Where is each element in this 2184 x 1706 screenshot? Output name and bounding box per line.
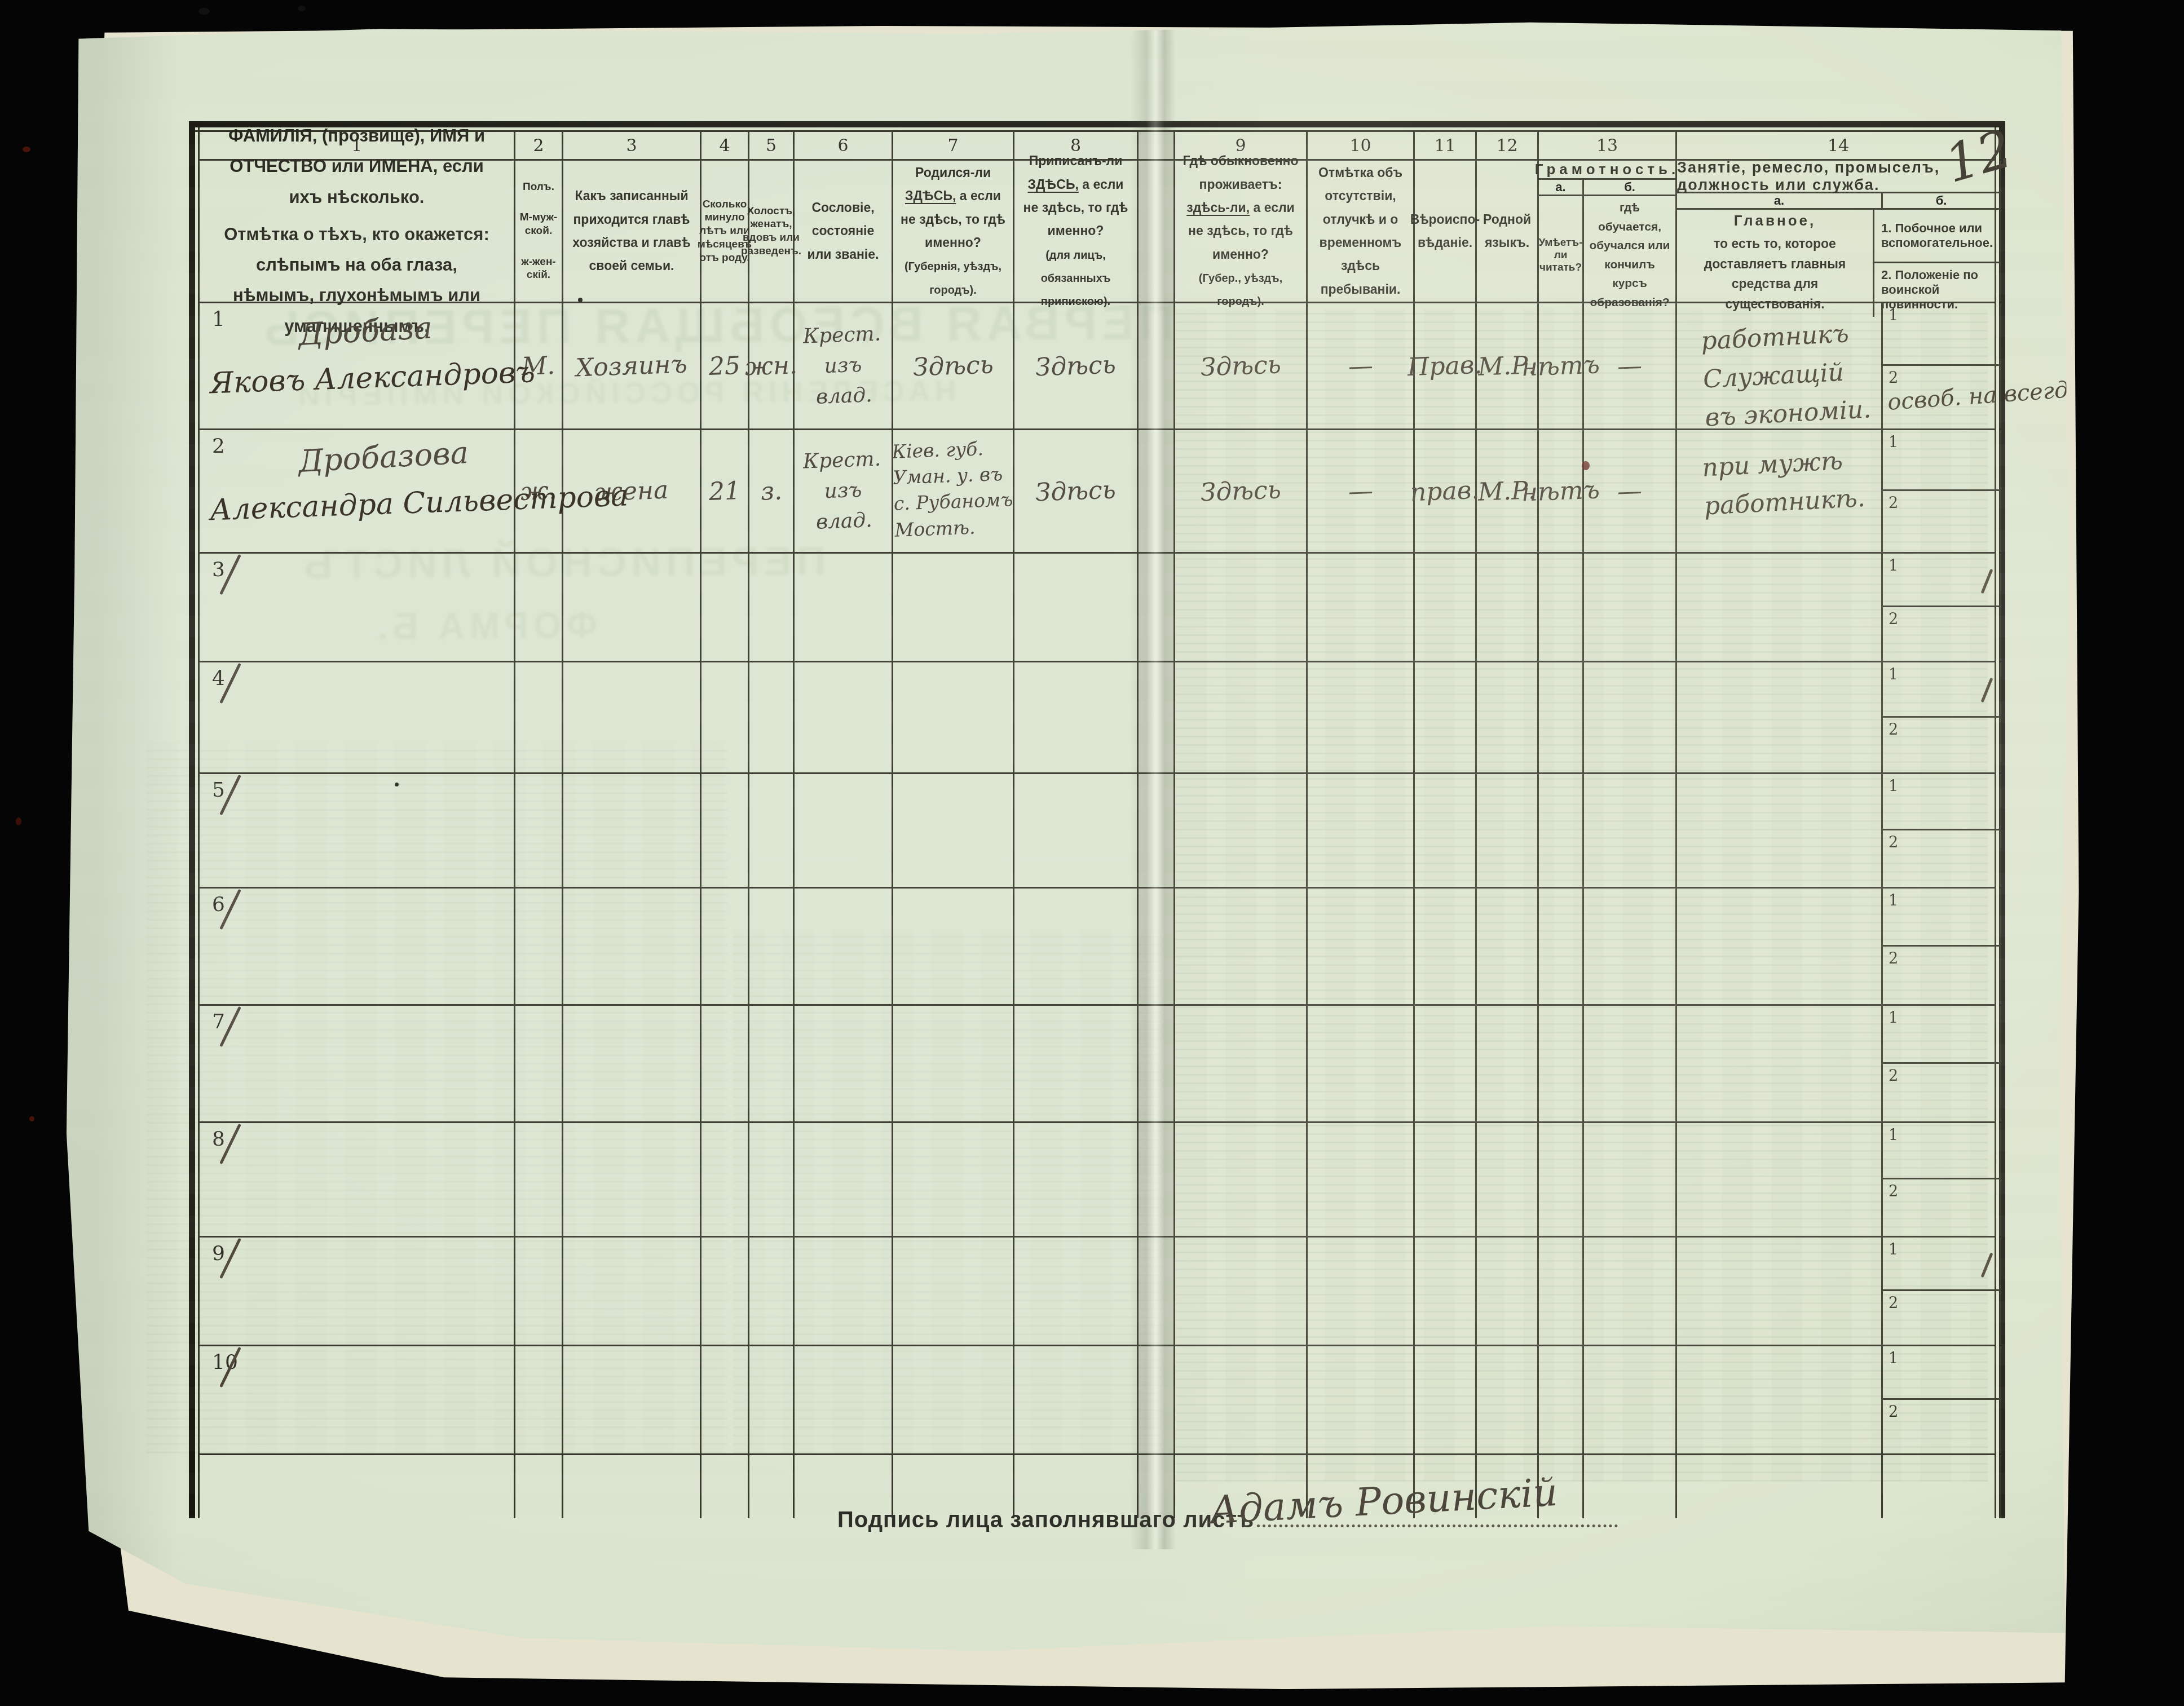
marital-cell	[749, 662, 795, 772]
col-number-12: 12	[1477, 132, 1539, 159]
side-occupation-cell-2: 2	[1883, 1400, 2000, 1453]
header-residence: Гдѣ обыкновенно проживаетъ: здѣсь-ли, а …	[1175, 161, 1308, 302]
column-rule	[200, 1455, 515, 1518]
estate-cell	[795, 1237, 893, 1345]
literacy-cell	[1539, 1237, 1584, 1345]
header-occupation-b: б.	[1883, 193, 2000, 208]
side-occupation-cell-1: 1	[1883, 430, 2000, 491]
birthplace-cell: Кіев. губ. Уман. у. въ с. Рубаномъ Мостѣ…	[893, 430, 1014, 552]
age-cell: 25	[701, 303, 749, 428]
ink-dot	[395, 783, 399, 786]
row-number-strike	[217, 890, 239, 929]
given-name-entry	[210, 1255, 514, 1266]
literacy-cell: нѣтъ	[1539, 430, 1584, 552]
sex-cell	[515, 1237, 563, 1345]
table-row: 4 1 2	[200, 662, 1995, 774]
side-occupation-cell-2: 2	[1883, 491, 2000, 552]
estate-cell	[795, 1346, 893, 1453]
religion-cell	[1415, 1346, 1477, 1453]
occupation-side-cell: 1 2	[1883, 1006, 2001, 1121]
estate-cell	[795, 1123, 893, 1236]
residence-cell	[1175, 662, 1308, 772]
education-cell	[1584, 889, 1677, 1004]
dust-speck	[298, 6, 306, 11]
registration-cell	[1014, 889, 1139, 1004]
surname-entry: Дробазова	[298, 432, 515, 479]
table-header-row: ФАМИЛІЯ, (прозвище), ИМЯ и ОТЧЕСТВО или …	[200, 161, 1995, 303]
estate-cell	[795, 662, 893, 772]
page-fold-gap	[1139, 1346, 1175, 1453]
header-language: Родной языкъ.	[1477, 161, 1539, 302]
language-cell	[1477, 554, 1539, 661]
printed-sub-number-2: 2	[1889, 369, 1898, 387]
side-occupation-cell-2: 2	[1883, 607, 2000, 661]
birthplace-cell	[893, 554, 1014, 661]
education-cell: —	[1584, 303, 1677, 428]
relation-cell	[563, 774, 701, 887]
col-number-2: 2	[515, 132, 563, 159]
birthplace-cell	[893, 1123, 1014, 1236]
marital-cell	[749, 774, 795, 887]
marital-cell	[749, 554, 795, 661]
printed-sub-number-1: 1	[1889, 1350, 1898, 1367]
residence-cell	[1175, 1123, 1308, 1236]
header-literacy-group: Грамотность. а. б. Умѣетъ- ли читать? гд…	[1539, 161, 1677, 302]
side-occupation-cell-2: 2	[1883, 718, 2000, 773]
column-rule	[1883, 1455, 2001, 1518]
estate-cell	[795, 889, 893, 1004]
row-number-strike	[217, 1347, 239, 1387]
given-name-entry: Яковъ Александровъ	[209, 356, 514, 401]
marital-cell	[749, 889, 795, 1004]
estate-cell	[795, 554, 893, 661]
printed-sub-number-2: 2	[1889, 611, 1898, 628]
relation-cell	[563, 1123, 701, 1236]
side-occupation-cell-1: 1	[1883, 662, 2000, 718]
occupation-side-cell: 1 2	[1883, 430, 2001, 552]
absence-cell: —	[1308, 303, 1415, 428]
education-cell	[1584, 1237, 1677, 1345]
registration-cell	[1014, 774, 1139, 887]
education-cell: —	[1584, 430, 1677, 552]
ink-dot	[578, 298, 583, 302]
literacy-cell	[1539, 889, 1584, 1004]
surname-entry	[298, 556, 513, 567]
column-rule	[1677, 1455, 1883, 1518]
header-name: ФАМИЛІЯ, (прозвище), ИМЯ и ОТЧЕСТВО или …	[200, 161, 515, 302]
row-number: 1	[212, 308, 225, 331]
table-row: 6 1 2	[200, 889, 1995, 1006]
printed-sub-number-1: 1	[1889, 1241, 1898, 1258]
header-birthplace: Родился-ли ЗДѢСЬ, а если не здѣсь, то гд…	[893, 161, 1014, 302]
name-cell: 10	[200, 1346, 515, 1453]
surname-entry	[298, 1125, 513, 1137]
side-occupation-cell-1: 1	[1883, 774, 2000, 830]
header-occupation-side-text: 1. Побочное или вспомогательное.	[1874, 210, 2000, 263]
row-number-strike	[217, 1239, 239, 1278]
sex-cell	[515, 774, 563, 887]
side-occupation-cell-1: 1	[1883, 303, 2000, 366]
name-cell: 4	[200, 662, 515, 772]
occupation-side-cell: 1 2 освоб. на всегда	[1883, 303, 2001, 428]
marital-cell	[749, 1237, 795, 1345]
religion-cell: Прав.	[1415, 303, 1477, 428]
birthplace-cell	[893, 662, 1014, 772]
education-cell	[1584, 1346, 1677, 1453]
given-name-entry	[210, 680, 514, 691]
estate-cell	[795, 774, 893, 887]
residence-cell	[1175, 1237, 1308, 1345]
relation-cell	[563, 662, 701, 772]
table-row: 8 1 2	[200, 1123, 1995, 1237]
name-cell: 1 Дробаза Яковъ Александровъ	[200, 303, 515, 428]
header-literacy-b: б.	[1584, 180, 1675, 195]
printed-sub-number-2: 2	[1889, 950, 1898, 967]
estate-cell	[795, 1006, 893, 1121]
residence-cell	[1175, 1006, 1308, 1121]
page-fold-gap	[1139, 1237, 1175, 1345]
marital-cell: з.	[749, 430, 795, 552]
absence-cell	[1308, 1346, 1415, 1453]
printed-sub-number-2: 2	[1889, 1294, 1898, 1312]
given-name-entry	[210, 1023, 514, 1034]
header-marital: Холостъ, женатъ, вдовъ или разведенъ.	[749, 161, 795, 302]
marital-cell	[749, 1346, 795, 1453]
marital-cell	[749, 1006, 795, 1121]
table-row: 9 1 2	[200, 1237, 1995, 1346]
header-occupation-main-text: Главное, то есть то, которое доставляетъ…	[1677, 210, 1874, 317]
check-tick	[1981, 1253, 1993, 1278]
ink-blot	[1582, 461, 1590, 470]
literacy-cell: нѣтъ	[1539, 303, 1584, 428]
birthplace-cell	[893, 889, 1014, 1004]
header-registration: Приписанъ-ли ЗДѢСЬ, а если не здѣсь, то …	[1014, 161, 1139, 302]
printed-sub-number-2: 2	[1889, 721, 1898, 739]
estate-cell: Крест. изъ влад.	[795, 430, 893, 552]
header-relation: Какъ записанный приходится главѣ хозяйст…	[563, 161, 701, 302]
religion-cell	[1415, 774, 1477, 887]
dust-speck	[198, 8, 210, 15]
printed-sub-number-2: 2	[1889, 1403, 1898, 1421]
occupation-side-cell: 1 2	[1883, 774, 2001, 887]
col-number-4: 4	[701, 132, 749, 159]
religion-cell	[1415, 554, 1477, 661]
language-cell	[1477, 1346, 1539, 1453]
surname-entry: Дробаза	[298, 306, 515, 352]
header-sex: Полъ. М-муж-ской. ж-жен-скій.	[515, 161, 563, 302]
side-occupation-cell-1: 1	[1883, 554, 2000, 607]
printed-sub-number-1: 1	[1889, 666, 1898, 683]
printed-sub-number-1: 1	[1889, 892, 1898, 909]
relation-cell	[563, 1006, 701, 1121]
absence-cell	[1308, 774, 1415, 887]
residence-cell	[1175, 1346, 1308, 1453]
dust-speck	[29, 1116, 34, 1121]
page-fold-gap	[1139, 1123, 1175, 1236]
age-cell: 21	[701, 430, 749, 552]
residence-cell: Здѣсь	[1175, 430, 1308, 552]
page-fold-gap	[1139, 1006, 1175, 1121]
language-cell	[1477, 1006, 1539, 1121]
occupation-main-cell	[1677, 554, 1883, 661]
military-status-entry: освоб. на всегда	[1887, 376, 2083, 416]
birthplace-cell	[893, 1237, 1014, 1345]
language-cell	[1477, 1123, 1539, 1236]
header-literacy-title: Грамотность.	[1539, 161, 1675, 180]
age-cell	[701, 774, 749, 887]
side-occupation-cell-2: 2	[1883, 830, 2000, 887]
side-occupation-cell-2: 2 освоб. на всегда	[1883, 366, 2000, 428]
age-cell	[701, 554, 749, 661]
col-number-11: 11	[1415, 132, 1477, 159]
row-number-strike	[217, 555, 239, 594]
signature-label: Подпись лица заполнявшаго листъ	[837, 1508, 1254, 1533]
side-occupation-cell-2: 2	[1883, 1064, 2000, 1122]
occupation-main-cell	[1677, 1123, 1883, 1236]
given-name-entry	[210, 792, 514, 802]
header-literacy-a: а.	[1539, 180, 1584, 195]
education-cell	[1584, 774, 1677, 887]
absence-cell: —	[1308, 430, 1415, 552]
header-estate: Сословіе, состояніе или званіе.	[795, 161, 893, 302]
side-occupation-cell-1: 1	[1883, 889, 2000, 947]
occupation-side-cell: 1 2	[1883, 889, 2001, 1004]
birthplace-cell: Здѣсь	[893, 303, 1014, 428]
education-cell	[1584, 1006, 1677, 1121]
table-row: 7 1 2	[200, 1006, 1995, 1123]
religion-cell	[1415, 1237, 1477, 1345]
registration-cell: Здѣсь	[1014, 303, 1139, 428]
header-education-question: гдѣ обучается, обучался или кончилъ курс…	[1584, 196, 1675, 315]
absence-cell	[1308, 889, 1415, 1004]
row-number-strike	[217, 775, 239, 815]
side-occupation-cell-2: 2	[1883, 947, 2000, 1005]
name-cell: 6	[200, 889, 515, 1004]
side-occupation-cell-1: 1	[1883, 1346, 2000, 1400]
age-cell	[701, 1006, 749, 1121]
printed-sub-number-1: 1	[1889, 307, 1898, 324]
given-name-entry: Александра Сильвестрова	[209, 483, 514, 528]
language-cell	[1477, 662, 1539, 772]
header-absence: Отмѣтка объ отсутствіи, отлучкѣ и о врем…	[1308, 161, 1415, 302]
literacy-cell	[1539, 774, 1584, 887]
birthplace-cell	[893, 1346, 1014, 1453]
census-form-page: ПЕРВАЯ ВСЕОБЩАЯ ПЕРЕПИСЬ НАСЕЛЕНІЯ РОССІ…	[56, 16, 2075, 1659]
religion-cell	[1415, 1006, 1477, 1121]
age-cell	[701, 1346, 749, 1453]
education-cell	[1584, 1123, 1677, 1236]
language-cell	[1477, 889, 1539, 1004]
printed-sub-number-1: 1	[1889, 1126, 1898, 1144]
literacy-cell	[1539, 554, 1584, 661]
relation-cell	[563, 1237, 701, 1345]
birthplace-cell	[893, 1006, 1014, 1121]
occupation-side-cell: 1 2	[1883, 1123, 2001, 1236]
registration-cell	[1014, 1006, 1139, 1121]
check-tick	[1981, 569, 1993, 594]
printed-sub-number-1: 1	[1889, 434, 1898, 451]
literacy-cell	[1539, 1346, 1584, 1453]
printed-sub-number-1: 1	[1889, 557, 1898, 574]
marital-cell: жн.	[749, 303, 795, 428]
dust-speck	[16, 817, 21, 825]
surname-entry	[298, 1240, 513, 1251]
residence-cell	[1175, 554, 1308, 661]
name-cell: 3	[200, 554, 515, 661]
name-cell: 8	[200, 1123, 515, 1236]
registration-cell	[1014, 1346, 1139, 1453]
header-reads-question: Умѣетъ- ли читать?	[1539, 196, 1584, 315]
age-cell	[701, 1123, 749, 1236]
printed-sub-number-1: 1	[1889, 1009, 1898, 1027]
surname-entry	[298, 1008, 513, 1019]
occupation-main-cell	[1677, 1237, 1883, 1345]
table-row: 3 1 2	[200, 554, 1995, 662]
absence-cell	[1308, 1123, 1415, 1236]
language-cell	[1477, 774, 1539, 887]
column-rule	[701, 1455, 749, 1518]
absence-cell	[1308, 662, 1415, 772]
occupation-main-cell	[1677, 774, 1883, 887]
residence-cell	[1175, 889, 1308, 1004]
occupation-main-cell: работникъ Служащій въ экономіи.	[1677, 303, 1883, 428]
col-number-10: 10	[1308, 132, 1415, 159]
occupation-side-cell: 1 2	[1883, 1237, 2001, 1345]
header-occupation-a: а.	[1677, 193, 1883, 208]
birthplace-cell	[893, 774, 1014, 887]
printed-sub-number-2: 2	[1889, 494, 1898, 512]
religion-cell	[1415, 1123, 1477, 1236]
col-number-6: 6	[795, 132, 893, 159]
relation-cell	[563, 889, 701, 1004]
literacy-cell	[1539, 1006, 1584, 1121]
literacy-cell	[1539, 662, 1584, 772]
page-fold-gap	[1139, 554, 1175, 661]
registration-cell	[1014, 554, 1139, 661]
occupation-main-cell: при мужѣ работникѣ.	[1677, 430, 1883, 552]
occupation-main-cell	[1677, 1346, 1883, 1453]
relation-cell	[563, 554, 701, 661]
printed-sub-number-2: 2	[1889, 1183, 1898, 1200]
name-cell: 9	[200, 1237, 515, 1345]
absence-cell	[1308, 1006, 1415, 1121]
literacy-cell	[1539, 1123, 1584, 1236]
surname-entry	[298, 1349, 513, 1360]
row-number-strike	[217, 1124, 239, 1164]
column-rule	[563, 1455, 701, 1518]
occupation-main-cell	[1677, 662, 1883, 772]
given-name-entry	[210, 906, 514, 917]
absence-cell	[1308, 554, 1415, 661]
row-number-strike	[217, 664, 239, 703]
residence-cell: Здѣсь	[1175, 303, 1308, 428]
age-cell	[701, 889, 749, 1004]
surname-entry	[298, 665, 513, 676]
sex-cell	[515, 889, 563, 1004]
given-name-entry	[210, 1364, 514, 1374]
name-cell: 7	[200, 1006, 515, 1121]
residence-cell	[1175, 774, 1308, 887]
col-number-7: 7	[893, 132, 1014, 159]
given-name-entry	[210, 1141, 514, 1151]
table-row: 5 1 2	[200, 774, 1995, 889]
page-fold-gap	[1139, 662, 1175, 772]
surname-entry	[298, 891, 513, 902]
name-cell: 5	[200, 774, 515, 887]
signature-block: Подпись лица заполнявшаго листъ Адамъ Ро…	[837, 1504, 1618, 1533]
registration-cell	[1014, 1237, 1139, 1345]
printed-sub-number-2: 2	[1889, 834, 1898, 851]
col-number-3: 3	[563, 132, 701, 159]
name-cell: 2 Дробазова Александра Сильвестрова	[200, 430, 515, 552]
page-fold-gap	[1139, 430, 1175, 552]
registration-cell	[1014, 662, 1139, 772]
side-occupation-cell-1: 1	[1883, 1123, 2000, 1179]
age-cell	[701, 1237, 749, 1345]
age-cell	[701, 662, 749, 772]
side-occupation-cell-1: 1	[1883, 1006, 2000, 1064]
registration-cell: Здѣсь	[1014, 430, 1139, 552]
side-occupation-cell-2: 2	[1883, 1179, 2000, 1236]
page-fold-gap	[1139, 889, 1175, 1004]
sex-cell	[515, 1006, 563, 1121]
printed-sub-number-1: 1	[1889, 777, 1898, 795]
column-rule	[749, 1455, 795, 1518]
sex-cell	[515, 662, 563, 772]
census-table: 1 2 3 4 5 6 7 8 9 10 11 12 13 14	[189, 121, 2005, 1518]
relation-cell: Хозяинъ	[563, 303, 701, 428]
marital-cell	[749, 1123, 795, 1236]
side-occupation-cell-2: 2	[1883, 1291, 2000, 1345]
page-fold-gap	[1139, 303, 1175, 428]
given-name-entry	[210, 571, 514, 582]
relation-cell	[563, 1346, 701, 1453]
sex-cell	[515, 1123, 563, 1236]
table-row: 1 Дробаза Яковъ Александровъ М. Хозяинъ …	[200, 303, 1995, 430]
header-religion: Вѣроиспо- вѣданіе.	[1415, 161, 1477, 302]
page-fold-gap	[1139, 774, 1175, 887]
side-occupation-cell-1: 1	[1883, 1237, 2000, 1291]
occupation-side-cell: 1 2	[1883, 1346, 2001, 1453]
page-fold-gap	[1139, 132, 1175, 159]
occupation-side-cell: 1 2	[1883, 554, 2001, 661]
table-row: 2 Дробазова Александра Сильвестрова ж. ж…	[200, 430, 1995, 554]
absence-cell	[1308, 1237, 1415, 1345]
language-cell	[1477, 1237, 1539, 1345]
dust-speck	[23, 147, 30, 152]
surname-entry	[298, 776, 513, 788]
check-tick	[1981, 678, 1993, 703]
occupation-side-cell: 1 2	[1883, 662, 2001, 772]
page-fold-gap	[1139, 161, 1175, 302]
occupation-main-cell	[1677, 889, 1883, 1004]
religion-cell	[1415, 889, 1477, 1004]
sex-cell	[515, 1346, 563, 1453]
registration-cell	[1014, 1123, 1139, 1236]
occupation-main-cell	[1677, 1006, 1883, 1121]
education-cell	[1584, 662, 1677, 772]
row-number-strike	[217, 1007, 239, 1046]
column-rule	[515, 1455, 563, 1518]
estate-cell: Крест. изъ влад.	[795, 303, 893, 428]
sex-cell	[515, 554, 563, 661]
row-number: 2	[212, 435, 225, 458]
religion-cell: прав.	[1415, 430, 1477, 552]
col-number-5: 5	[749, 132, 795, 159]
col-number-13: 13	[1539, 132, 1677, 159]
education-cell	[1584, 554, 1677, 661]
printed-sub-number-2: 2	[1889, 1067, 1898, 1085]
